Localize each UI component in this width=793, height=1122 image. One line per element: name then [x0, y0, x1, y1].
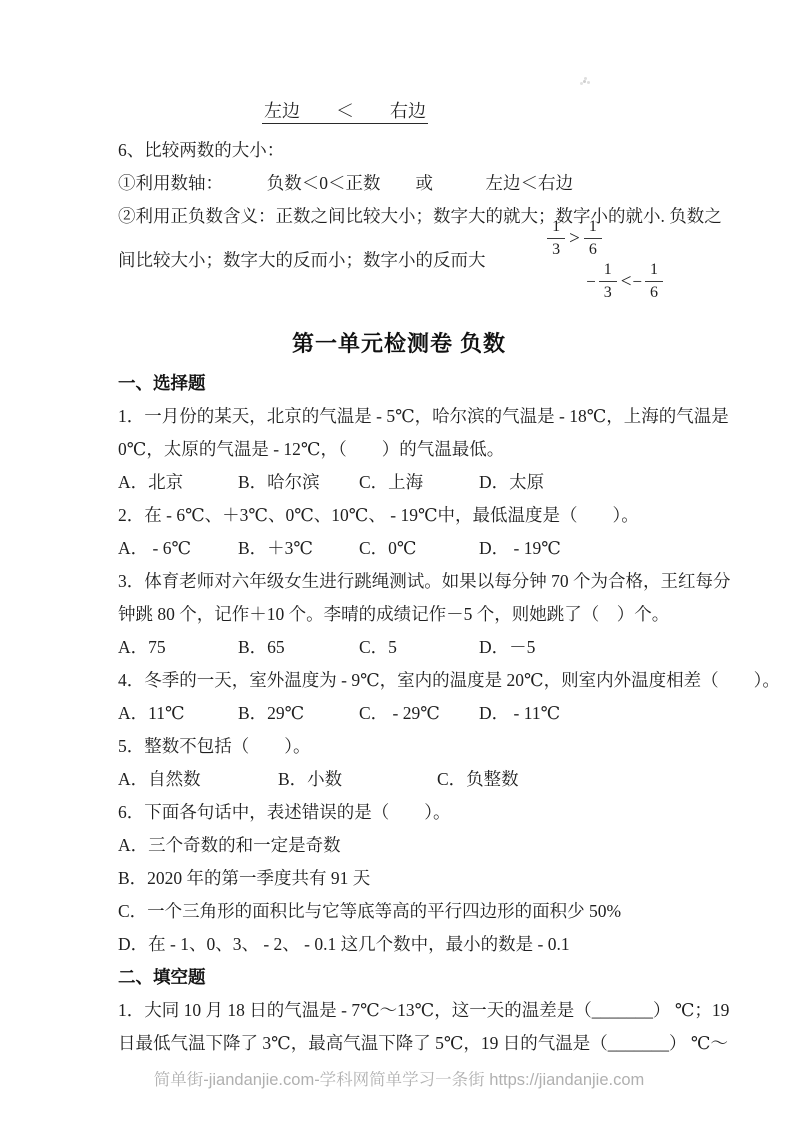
note-compare-heading: 6、比较两数的大小：	[118, 134, 680, 167]
fill-q1-line1: 1．大同 10 月 18 日的气温是 - 7℃～13℃，这一天的温差是（____…	[118, 994, 680, 1027]
q5-option-a: A．自然数	[118, 763, 278, 796]
q6-option-d: D．在 - 1、0、3、 - 2、 - 0.1 这几个数中，最小的数是 - 0.…	[118, 928, 680, 961]
q6-option-a: A．三个奇数的和一定是奇数	[118, 829, 680, 862]
q3-option-a: A．75	[118, 631, 238, 664]
q2-text-line1: 2．在 - 6℃、＋3℃、0℃、10℃、 - 19℃中，最低温度是（ ）。	[118, 499, 680, 532]
fraction-comparison-negative: − 1 3 < − 1 6	[586, 260, 666, 303]
q6-option-c: C．一个三角形的面积比与它等底等高的平行四边形的面积少 50%	[118, 895, 680, 928]
fraction-comparisons: 1 3 > 1 6 − 1 3 < − 1	[518, 184, 666, 337]
fill-q1-line2: 日最低气温下降了 3℃，最高气温下降了 5℃，19 日的气温是（_______）…	[118, 1027, 680, 1060]
scan-speck	[583, 80, 586, 83]
fraction-denominator: 6	[589, 239, 597, 260]
q4-option-c: C． - 29℃	[359, 697, 479, 730]
section-fill-heading: 二、填空题	[118, 961, 680, 994]
fraction: 1 3	[547, 217, 565, 260]
q4-text-line1: 4．冬季的一天，室外温度为 - 9℃，室内的温度是 20℃，则室内外温度相差（ …	[118, 664, 680, 697]
note-method2-line2: 间比较大小；数字大的反而小；数字小的反而大	[118, 244, 486, 277]
q6-option-b: B．2020 年的第一季度共有 91 天	[118, 862, 680, 895]
q5-option-b: B．小数	[278, 763, 437, 796]
q3-option-d: D．－5	[479, 631, 535, 664]
q1-options: A．北京 B．哈尔滨 C．上海 D．太原	[118, 466, 680, 499]
fraction-comparison-positive: 1 3 > 1 6	[544, 217, 605, 260]
section-choice-heading: 一、选择题	[118, 367, 680, 400]
q3-text-line1: 3．体育老师对六年级女生进行跳绳测试。如果以每分钟 70 个为合格，王红每分	[118, 565, 680, 598]
fraction: 1 6	[645, 260, 663, 303]
q2-option-c: C．0℃	[359, 532, 479, 565]
fraction-numerator: 1	[645, 260, 663, 282]
note-method2-row2: 间比较大小；数字大的反而小；数字小的反而大 1 3 > 1 6 − 1	[118, 233, 680, 287]
q1-option-a: A．北京	[118, 466, 238, 499]
q5-options: A．自然数 B．小数 C．负整数	[118, 763, 680, 796]
fraction-numerator: 1	[547, 217, 565, 239]
q1-text-line1: 1．一月份的某天，北京的气温是 - 5℃，哈尔滨的气温是 - 18℃，上海的气温…	[118, 400, 680, 433]
q1-text-line2: 0℃，太原的气温是 - 12℃，（ ）的气温最低。	[118, 433, 680, 466]
q3-text-line2: 钟跳 80 个，记作＋10 个。李晴的成绩记作－5 个，则她跳了（ ）个。	[118, 598, 680, 631]
comparison-operator: <	[621, 265, 632, 298]
q3-option-b: B．65	[238, 631, 359, 664]
note-conclusion-row: 左边 ＜ 右边	[262, 0, 680, 122]
fraction-denominator: 6	[650, 282, 658, 303]
comparison-operator: >	[569, 222, 580, 255]
fraction-numerator: 1	[599, 260, 617, 282]
q4-option-a: A．11℃	[118, 697, 238, 730]
q5-text-line1: 5．整数不包括（ ）。	[118, 730, 680, 763]
q1-option-d: D．太原	[479, 466, 544, 499]
fraction: 1 3	[599, 260, 617, 303]
q2-option-a: A． - 6℃	[118, 532, 238, 565]
fraction-sign: −	[632, 273, 642, 290]
q1-option-c: C．上海	[359, 466, 479, 499]
fraction-denominator: 3	[604, 282, 612, 303]
note-conclusion: 左边 ＜ 右边	[262, 101, 428, 124]
q1-option-b: B．哈尔滨	[238, 466, 359, 499]
fraction-numerator: 1	[584, 217, 602, 239]
q3-option-c: C．5	[359, 631, 479, 664]
footer-watermark: 简单街-jiandanjie.com-学科网简单学习一条街 https://ji…	[118, 1069, 680, 1091]
fraction: 1 6	[584, 217, 602, 260]
q3-options: A．75 B．65 C．5 D．－5	[118, 631, 680, 664]
q2-option-b: B．＋3℃	[238, 532, 359, 565]
fraction-denominator: 3	[552, 239, 560, 260]
fraction-sign: −	[586, 273, 596, 290]
q2-option-d: D． - 19℃	[479, 532, 561, 565]
q4-option-b: B．29℃	[238, 697, 359, 730]
q5-option-c: C．负整数	[437, 763, 519, 796]
worksheet-page: 左边 ＜ 右边 6、比较两数的大小： ①利用数轴： 负数＜0＜正数 或 左边＜右…	[118, 0, 680, 1091]
q2-options: A． - 6℃ B．＋3℃ C．0℃ D． - 19℃	[118, 532, 680, 565]
q6-text-line1: 6．下面各句话中，表述错误的是（ ）。	[118, 796, 680, 829]
q4-options: A．11℃ B．29℃ C． - 29℃ D． - 11℃	[118, 697, 680, 730]
q4-option-d: D． - 11℃	[479, 697, 560, 730]
